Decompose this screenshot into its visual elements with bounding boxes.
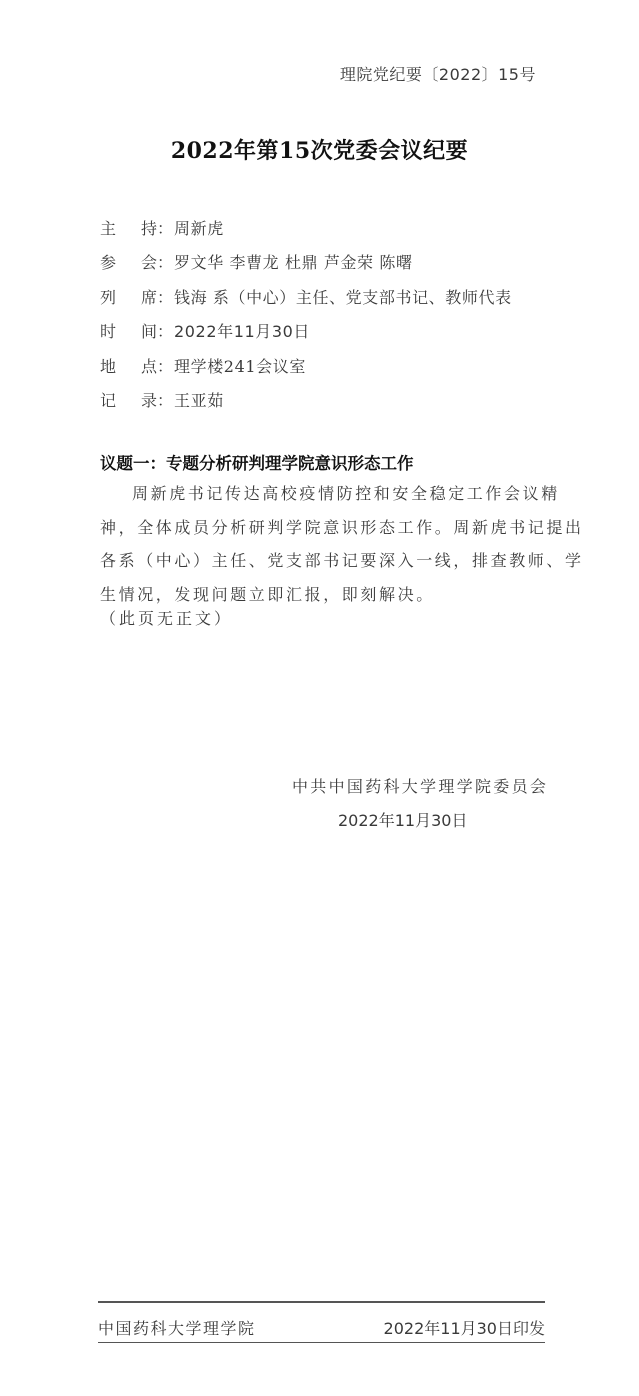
footer-issuer: 中国药科大学理学院 xyxy=(98,1316,256,1339)
meta-row-time: 时间 ： 2022年11月30日 xyxy=(100,315,512,349)
meta-value-location: 理学楼241会议室 xyxy=(174,350,306,384)
signature-organization: 中共中国药科大学理学院委员会 xyxy=(292,774,548,797)
topic-heading: 议题一：专题分析研判理学院意识形态工作 xyxy=(100,450,414,474)
meta-label: 列席 xyxy=(100,281,157,315)
meta-row-location: 地点 ： 理学楼241会议室 xyxy=(100,350,512,384)
footer-issue-date: 2022年11月30日印发 xyxy=(384,1316,545,1339)
meta-label: 时间 xyxy=(100,315,157,349)
meta-value-recorder: 王亚茹 xyxy=(174,384,224,418)
meta-label: 地点 xyxy=(100,350,157,384)
meta-value-observers: 钱海 系（中心）主任、党支部书记、教师代表 xyxy=(174,281,512,315)
footer-bottom-rule xyxy=(98,1342,545,1343)
meta-row-attendees: 参会 ： 罗文华 李曹龙 杜鼎 芦金荣 陈曙 xyxy=(100,246,512,280)
meeting-info: 主持 ： 周新虎 参会 ： 罗文华 李曹龙 杜鼎 芦金荣 陈曙 列席 ： 钱海 … xyxy=(100,212,512,418)
meta-colon: ： xyxy=(157,246,174,280)
meta-value-time: 2022年11月30日 xyxy=(174,315,310,349)
signature-date: 2022年11月30日 xyxy=(338,808,467,831)
footer-top-rule xyxy=(98,1301,545,1303)
document-title: 2022年第15次党委会议纪要 xyxy=(0,134,639,165)
meta-label: 参会 xyxy=(100,246,157,280)
meta-value-host: 周新虎 xyxy=(174,212,224,246)
meta-row-observers: 列席 ： 钱海 系（中心）主任、党支部书记、教师代表 xyxy=(100,281,512,315)
meta-label: 主持 xyxy=(100,212,157,246)
meta-row-recorder: 记录 ： 王亚茹 xyxy=(100,384,512,418)
meta-colon: ： xyxy=(157,350,174,384)
body-line: 神，全体成员分析研判学院意识形态工作。周新虎书记提出 xyxy=(100,511,546,545)
body-line: 各系（中心）主任、党支部书记要深入一线，排查教师、学 xyxy=(100,544,546,578)
meta-colon: ： xyxy=(157,281,174,315)
document-number: 理院党纪要〔2022〕15号 xyxy=(340,62,536,85)
meta-row-host: 主持 ： 周新虎 xyxy=(100,212,512,246)
meta-colon: ： xyxy=(157,384,174,418)
meta-value-attendees: 罗文华 李曹龙 杜鼎 芦金荣 陈曙 xyxy=(174,246,413,280)
body-line: 周新虎书记传达高校疫情防控和安全稳定工作会议精 xyxy=(100,477,546,511)
no-body-note: （此页无正文） xyxy=(100,606,233,629)
meta-colon: ： xyxy=(157,315,174,349)
meta-label: 记录 xyxy=(100,384,157,418)
topic-body: 周新虎书记传达高校疫情防控和安全稳定工作会议精 神，全体成员分析研判学院意识形态… xyxy=(100,477,546,611)
meta-colon: ： xyxy=(157,212,174,246)
